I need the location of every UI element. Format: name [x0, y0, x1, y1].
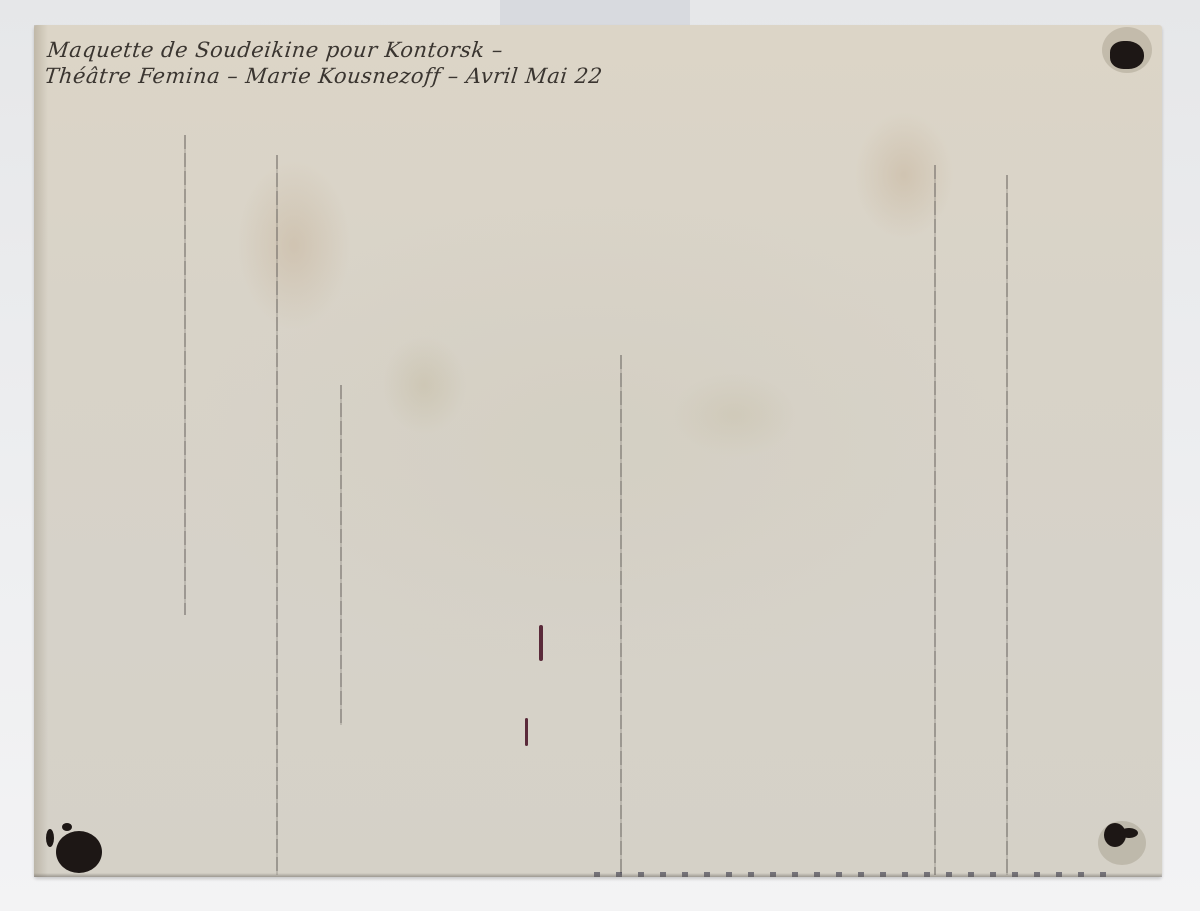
- adhesive-stain: [1110, 41, 1144, 69]
- fold-line: [1006, 175, 1008, 875]
- adhesive-stain: [56, 831, 102, 873]
- fold-line: [276, 155, 278, 875]
- ink-mark: [539, 625, 543, 661]
- mount-tab: [500, 0, 690, 26]
- fold-line: [934, 165, 936, 875]
- card-edge-shadow: [34, 25, 48, 877]
- adhesive-stain: [46, 829, 54, 847]
- fold-line: [184, 135, 186, 615]
- adhesive-stain: [62, 823, 72, 831]
- ink-mark: [525, 718, 528, 746]
- card-bottom-edge: [34, 873, 1162, 877]
- adhesive-stain: [1120, 828, 1138, 838]
- inscription-line-2: Théâtre Femina – Marie Kousnezoff – Avri…: [43, 63, 604, 89]
- fold-line: [620, 355, 622, 875]
- card-verso: Maquette de Soudeikine pour Kontorsk – T…: [34, 25, 1162, 877]
- fold-line: [340, 385, 342, 725]
- inscription-line-1: Maquette de Soudeikine pour Kontorsk –: [46, 37, 607, 63]
- handwritten-inscription: Maquette de Soudeikine pour Kontorsk – T…: [43, 37, 606, 89]
